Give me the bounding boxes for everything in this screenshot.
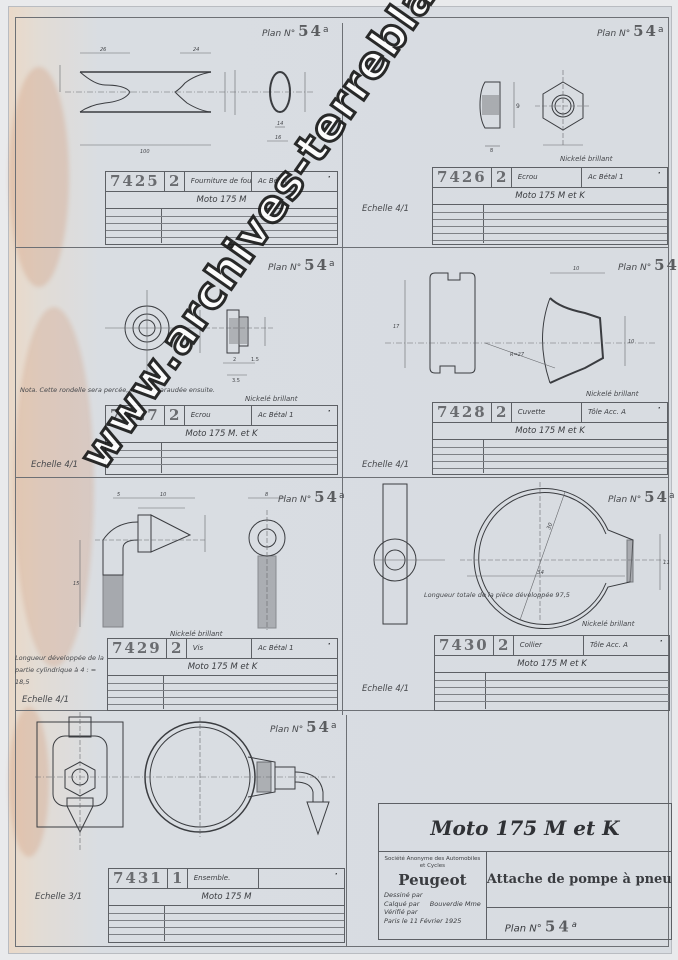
part-number: 7430 — [435, 636, 494, 655]
part-model: Moto 175 M et K — [433, 423, 667, 440]
part-drawing-fork-fitting: 2624 1001416 — [55, 45, 325, 155]
svg-text:17: 17 — [393, 324, 400, 330]
part-model: Moto 175 M et K — [435, 656, 669, 673]
part-material: Ac Bétal 1 — [252, 639, 337, 658]
part-title-block: 7425 2 Fourniture de fourche AV Ac Bétal… — [105, 171, 338, 245]
panel-divider — [15, 247, 669, 248]
traced-by-row: Calqué par Bouverdie Mme — [384, 900, 481, 909]
svg-text:11: 11 — [663, 560, 670, 566]
part-note: Nota. Cette rondelle sera percée, rivée … — [20, 385, 215, 395]
company-name-line2: et Cycles — [384, 863, 481, 870]
brand-name: Peugeot — [384, 871, 481, 889]
scale-label: Echelle 4/1 — [362, 684, 409, 694]
part-quantity: 2 — [165, 172, 185, 191]
part-number: 7428 — [433, 403, 492, 422]
traced-by-name: Bouverdie Mme — [430, 900, 481, 908]
scale-label: Echelle 4/1 — [362, 460, 409, 470]
panel-divider — [15, 477, 669, 478]
plan-number-label: Plan N° 54a — [597, 22, 664, 40]
svg-text:3.5: 3.5 — [232, 378, 240, 384]
part-material — [259, 869, 344, 888]
part-title-block: 7430 2 Collier Tôle Acc. A Moto 175 M et… — [434, 635, 670, 711]
part-model: Moto 175 M — [106, 192, 337, 209]
part-drawing-nut: 9 8 — [450, 70, 590, 155]
company-name: Société Anonyme des Automobiles — [384, 856, 481, 863]
svg-text:30: 30 — [546, 522, 554, 531]
svg-text:100: 100 — [140, 149, 150, 155]
svg-text:14: 14 — [277, 121, 283, 127]
part-quantity: 1 — [168, 869, 188, 888]
svg-text:2: 2 — [233, 357, 236, 363]
part-drawing-cup: 17R=271010 — [385, 258, 655, 388]
drawing-subject: Attache de pompe à pneu — [487, 852, 672, 908]
checked-by-label: Vérifié par — [384, 908, 481, 917]
scale-label: Echelle 4/1 — [22, 695, 69, 705]
part-material: Ac Bétal 1 — [582, 168, 667, 187]
part-number: 7426 — [433, 168, 492, 187]
drawn-by-label: Dessiné par — [384, 891, 481, 900]
part-number: 7429 — [108, 639, 167, 658]
finish-note: Nickelé brillant — [245, 395, 298, 403]
part-description: Fourniture de fourche AV — [185, 172, 252, 191]
scale-label: Echelle 4/1 — [362, 204, 409, 214]
part-drawing-collar: 303411 — [375, 482, 675, 622]
sheet-plan-number: Plan N° 54a — [487, 908, 672, 945]
part-description: Ecrou — [185, 406, 252, 425]
part-number: 7427 — [106, 406, 165, 425]
svg-text:24: 24 — [193, 47, 199, 53]
svg-text:10: 10 — [628, 339, 634, 345]
part-quantity: 2 — [492, 168, 512, 187]
part-model: Moto 175 M — [109, 889, 344, 906]
svg-text:1.5: 1.5 — [251, 357, 259, 363]
svg-text:34: 34 — [537, 570, 544, 576]
part-quantity: 2 — [492, 403, 512, 422]
part-title-block: 7427 2 Ecrou Ac Bétal 1 Moto 175 M. et K — [105, 405, 338, 475]
scale-label: Echelle 3/1 — [35, 892, 82, 902]
part-drawing-screw: 510815 — [55, 490, 325, 630]
part-title-block: 7428 2 Cuvette Tôle Acc. A Moto 175 M et… — [432, 402, 668, 475]
finish-note: Nickelé brillant — [582, 620, 635, 628]
svg-text:8: 8 — [265, 492, 268, 498]
part-material: Tôle Acc. A — [582, 403, 667, 422]
finish-note: Nickelé brillant — [560, 155, 613, 163]
part-model: Moto 175 M et K — [433, 188, 667, 205]
part-model: Moto 175 M. et K — [106, 426, 337, 443]
part-number: 7431 — [109, 869, 168, 888]
svg-text:8: 8 — [490, 148, 493, 154]
company-block: Société Anonyme des Automobiles et Cycle… — [379, 852, 487, 940]
part-quantity: 2 — [165, 406, 185, 425]
sheet-title-block: Moto 175 M et K Société Anonyme des Auto… — [378, 803, 672, 940]
drawing-date: Paris le 11 Février 1925 — [384, 917, 481, 926]
panel-divider — [346, 715, 347, 947]
scale-label: Echelle 4/1 — [31, 460, 78, 470]
sheet-title: Moto 175 M et K — [379, 804, 671, 852]
finish-note: Nickelé brillant — [170, 630, 223, 638]
part-title-block: 7429 2 Vis Ac Bétal 1 Moto 175 M et K — [107, 638, 338, 711]
part-title-block: 7431 1 Ensemble. Moto 175 M — [108, 868, 345, 943]
part-description: Ecrou — [512, 168, 582, 187]
finish-note: Nickelé brillant — [586, 390, 639, 398]
part-description: Cuvette — [512, 403, 582, 422]
svg-text:10: 10 — [573, 266, 579, 272]
plan-number-label: Plan N° 54a — [268, 256, 335, 274]
traced-by-label: Calqué par — [384, 900, 419, 908]
svg-text:26: 26 — [100, 47, 106, 53]
svg-text:9: 9 — [516, 103, 520, 110]
part-material: Tôle Acc. A — [584, 636, 669, 655]
svg-text:16: 16 — [275, 135, 281, 141]
part-material: Ac Bétal 1 — [252, 172, 337, 191]
svg-text:10: 10 — [160, 492, 166, 498]
part-description: Collier — [514, 636, 584, 655]
svg-text:15: 15 — [73, 581, 79, 587]
part-title-block: 7426 2 Ecrou Ac Bétal 1 Moto 175 M et K — [432, 167, 668, 245]
plan-number-label: Plan N° 54a — [262, 22, 329, 40]
svg-text:5: 5 — [117, 492, 120, 498]
part-description: Ensemble. — [188, 869, 259, 888]
part-number: 7425 — [106, 172, 165, 191]
panel-divider — [342, 23, 343, 715]
part-drawing-washer-nut: 21.53.5 — [105, 280, 275, 400]
part-quantity: 2 — [167, 639, 187, 658]
part-quantity: 2 — [494, 636, 514, 655]
assembly-drawing — [35, 722, 335, 857]
part-note: Longueur développée de la partie cylindr… — [15, 652, 105, 688]
part-model: Moto 175 M et K — [108, 659, 337, 676]
part-note: Longueur totale de la pièce développée 9… — [424, 590, 570, 600]
part-description: Vis — [187, 639, 252, 658]
svg-text:R=27: R=27 — [510, 352, 525, 358]
part-material: Ac Bétal 1 — [252, 406, 337, 425]
